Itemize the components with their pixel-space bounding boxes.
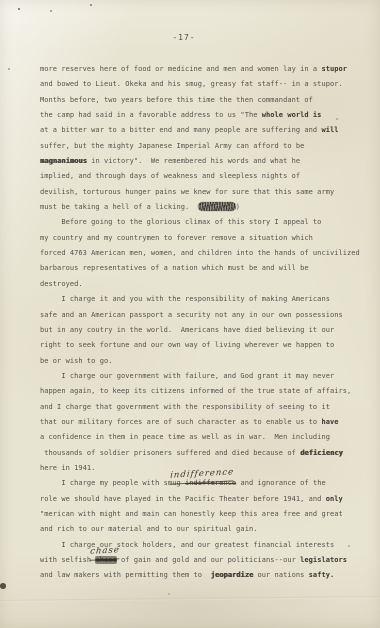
text-line: role we should have played in the Pacifi… (40, 492, 370, 507)
manuscript-page: -17- more reserves here of food or medic… (0, 0, 380, 628)
typed-segment: and law makers with permitting them to (40, 571, 211, 579)
typed-segment: safe and an American passport a security… (40, 311, 343, 319)
typed-segment: deficiency (300, 449, 343, 457)
typed-segment: and I charge that government with the re… (40, 403, 330, 411)
typed-segment: "merican with might and main can honestl… (40, 510, 343, 518)
text-line: and bowed to Lieut. Okeka and his smug, … (40, 77, 370, 92)
typed-segment: of gain and gold and our politicians--ou… (117, 556, 300, 564)
typed-text: more reserves here of food or medicine a… (40, 62, 370, 584)
text-line: and law makers with permitting them to j… (40, 568, 370, 583)
typed-segment: with selfish (40, 556, 95, 564)
text-line: implied, and through days of weakness an… (40, 169, 370, 184)
typed-segment: must be taking a hell of a licking. (40, 203, 198, 211)
text-line: destroyed. (40, 277, 370, 292)
text-line: and rich to our material and to our spir… (40, 522, 370, 537)
text-line: a confidence in them in peace time as we… (40, 430, 370, 445)
text-line: forced 4763 American men, women, and chi… (40, 246, 370, 261)
text-line: Before going to the glorious climax of t… (40, 215, 370, 230)
typed-segment: only (326, 495, 343, 503)
typed-segment: forced 4763 American men, women, and chi… (40, 249, 360, 257)
text-line: thousands of soldier prisoners suffered … (40, 446, 370, 461)
text-line: I charge it and you with the responsibil… (40, 292, 370, 307)
typed-segment: barbarous representatives of a nation wh… (40, 264, 309, 272)
paper-specks (18, 8, 20, 10)
text-line: my country and my countrymen to forever … (40, 231, 370, 246)
typed-segment: happen again, to keep its citizens infor… (40, 387, 351, 395)
typed-segment: devilish, torturous hunger pains we knew… (40, 188, 334, 196)
text-line: right to seek fortune and our own way of… (40, 338, 370, 353)
text-line: safe and an American passport a security… (40, 308, 370, 323)
typed-segment: Months before, two years before this tim… (40, 96, 313, 104)
typed-segment: but in any coutry in the world. American… (40, 326, 334, 334)
typed-segment: destroyed. (40, 280, 83, 288)
typed-segment: that our military forces are of such cha… (40, 418, 321, 426)
typed-segment: Before going to the glorious climax of t… (40, 218, 321, 226)
text-line: more reserves here of food or medicine a… (40, 62, 370, 77)
typed-segment: implied, and through days of weakness an… (40, 172, 300, 180)
text-line: that our military forces are of such cha… (40, 415, 370, 430)
handwritten-correction: chase (89, 543, 120, 561)
text-line: I charge our government with failure, an… (40, 369, 370, 384)
typed-segment: the camp had said in a favorable address… (40, 111, 262, 119)
typed-segment: our nations (253, 571, 308, 579)
typed-segment: my country and my countrymen to forever … (40, 234, 313, 242)
typed-segment: ) (236, 203, 240, 211)
typed-segment: I charge it and you with the responsibil… (40, 295, 330, 303)
typed-segment: in victory". We remembered his words and… (87, 157, 300, 165)
text-line: happen again, to keep its citizens infor… (40, 384, 370, 399)
text-line: magnanimous in victory". We remembered h… (40, 154, 370, 169)
text-line: devilish, torturous hunger pains we knew… (40, 185, 370, 200)
typed-segment: and bowed to Lieut. Okeka and his smug, … (40, 80, 343, 88)
typed-segment: whole world is (262, 111, 322, 119)
text-line: indifference I charge my people with smu… (40, 476, 370, 491)
typed-segment: safty. (309, 571, 335, 579)
typed-segment: role we should have played in the Pacifi… (40, 495, 326, 503)
text-line: but in any coutry in the world. American… (40, 323, 370, 338)
typed-segment: more reserves here of food or medicine a… (40, 65, 321, 73)
typed-segment: at a bitter war to a bitter end and many… (40, 126, 321, 134)
text-line: barbarous representatives of a nation wh… (40, 261, 370, 276)
typed-segment: and ignorance of the (236, 479, 326, 487)
text-line: suffer, but the mighty Japanese Imperial… (40, 139, 370, 154)
paper-crease (0, 596, 380, 602)
typed-segment: be or wish to go. (40, 357, 113, 365)
text-line: chasewith selfish chase of gain and gold… (40, 553, 370, 568)
typed-segment: thousands of soldier prisoners suffered … (40, 449, 300, 457)
typed-segment: I charge our government with failure, an… (40, 372, 334, 380)
text-line: and I charge that government with the re… (40, 400, 370, 415)
typed-segment: stupor (321, 65, 347, 73)
typed-segment: right to seek fortune and our own way of… (40, 341, 334, 349)
inked-out-word (198, 202, 236, 211)
typed-segment: will (321, 126, 338, 134)
typed-segment: here in 1941. (40, 464, 95, 472)
text-line: the camp had said in a favorable address… (40, 108, 370, 123)
text-line: "merican with might and main can honestl… (40, 507, 370, 522)
typed-segment: suffer, but the mighty Japanese Imperial… (40, 142, 304, 150)
typed-segment: magnanimous (40, 157, 87, 165)
typed-segment: I charge my people with smug (40, 479, 185, 487)
text-line: at a bitter war to a bitter end and many… (40, 123, 370, 138)
page-number: -17- (0, 33, 374, 42)
typed-segment: have (321, 418, 338, 426)
text-line: must be taking a hell of a licking. ) (40, 200, 370, 215)
typed-segment: I charge our stock holders, and our grea… (40, 541, 334, 549)
typed-segment: jeopardize (211, 571, 254, 579)
typed-segment: legislators (300, 556, 347, 564)
text-line: Months before, two years before this tim… (40, 93, 370, 108)
text-line: be or wish to go. (40, 354, 370, 369)
typed-segment: a confidence in them in peace time as we… (40, 433, 330, 441)
typed-segment: and rich to our material and to our spir… (40, 525, 257, 533)
